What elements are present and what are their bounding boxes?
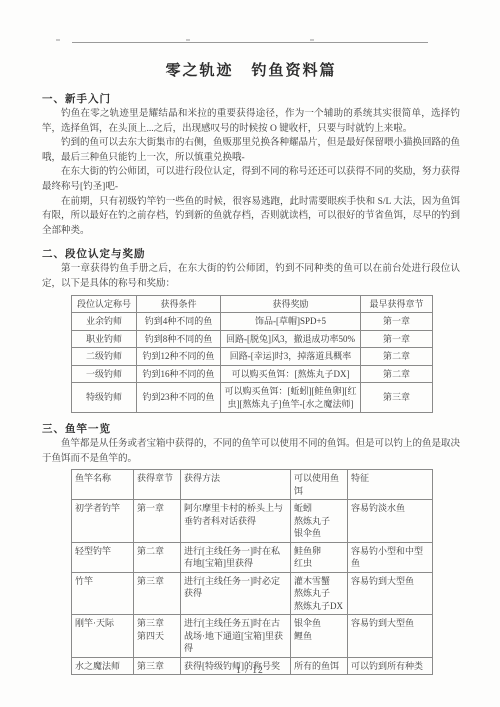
- column-header: 段位认定称号: [72, 295, 137, 313]
- column-header: 特征: [348, 470, 433, 500]
- table-row: 一级钓师钓到16种不同的鱼可以购买鱼饵：[熬炼丸子DX]第二章: [72, 365, 433, 383]
- column-header: 获得条件: [137, 295, 221, 313]
- column-header: 鱼竿名称: [72, 470, 134, 500]
- table-row: 业余钓师钓到4种不同的鱼饰品-[草帽]SPD+5第一章: [72, 313, 433, 331]
- table-cell: 灌木雪蟹 熬炼丸子 熬炼丸子DX: [291, 572, 348, 615]
- doc-title: 零之轨迹 钓鱼资料篇: [42, 59, 460, 80]
- table-cell: 回路-[脱兔]风3，撤退成功率50%: [221, 330, 361, 348]
- column-header: 最早获得章节: [361, 295, 433, 313]
- table-cell: 第二章: [134, 542, 181, 572]
- table-cell: 钓到8种不同的鱼: [137, 330, 221, 348]
- table-cell: 刚竿·天际: [72, 615, 134, 658]
- table-cell: 回路-[幸运]时3，掉落道具概率: [221, 348, 361, 366]
- paragraph: 在前期，只有初级钓竿钓一些鱼的时候，很容易逃跑，此时需要眼疾手快和 S/L 大法…: [42, 195, 460, 239]
- table-cell: 钓到12种不同的鱼: [137, 348, 221, 366]
- section-3-heading: 三、鱼竿一览: [42, 421, 460, 436]
- table-cell: 可以购买鱼饵：[蚯蚓][鲑鱼卵][红虫][熬炼丸子]鱼竿-[水之魔法师]: [221, 383, 361, 413]
- table-cell: 蚯蚓 熬炼丸子 银伞鱼: [291, 500, 348, 543]
- paragraph: 在东大街的钓公师团，可以进行段位认定，得到不同的称号还还可以获得不同的奖励，努力…: [42, 165, 460, 194]
- table-cell: 一级钓师: [72, 365, 137, 383]
- page-number: 1 / 12: [0, 666, 500, 676]
- header-mark: [56, 39, 60, 41]
- table-row: 特级钓师钓到23种不同的鱼可以购买鱼饵：[蚯蚓][鲑鱼卵][红虫][熬炼丸子]鱼…: [72, 383, 433, 413]
- doc-title-game: 零之轨迹: [165, 59, 233, 80]
- table-row: 刚竿·天际第三章 第四天进行[主线任务五]时在古战场·地下通道[宝箱]里获得银伞…: [72, 615, 433, 658]
- table-cell: 可以购买鱼饵：[熬炼丸子DX]: [221, 365, 361, 383]
- header-rule: [72, 42, 428, 43]
- table-header-row: 鱼竿名称获得章节获得方法可以使用鱼饵特征: [72, 470, 433, 500]
- table-cell: 进行[主线任务一]时在私有地[宝箱]里获得: [181, 542, 291, 572]
- column-header: 获得奖励: [221, 295, 361, 313]
- table-cell: 饰品-[草帽]SPD+5: [221, 313, 361, 331]
- table-header-row: 段位认定称号获得条件获得奖励最早获得章节: [72, 295, 433, 313]
- table-cell: 银伞鱼 鲤鱼: [291, 615, 348, 658]
- table-row: 竹竿第三章进行[主线任务一]时必定获得灌木雪蟹 熬炼丸子 熬炼丸子DX容易钓到大…: [72, 572, 433, 615]
- table-cell: 二级钓师: [72, 348, 137, 366]
- table-cell: 容易钓到大型鱼: [348, 572, 433, 615]
- table-row: 初学者钓竿第一章阿尔摩里卡村的桥头上与垂钓者科对话获得蚯蚓 熬炼丸子 银伞鱼容易…: [72, 500, 433, 543]
- table-cell: 第三章 第四天: [134, 615, 181, 658]
- doc-title-subject: 钓鱼资料篇: [252, 59, 337, 80]
- table-cell: 第一章: [361, 330, 433, 348]
- table-row: 轻型钓竿第二章进行[主线任务一]时在私有地[宝箱]里获得鲑鱼卵 红虫容易钓小型和…: [72, 542, 433, 572]
- table-cell: 轻型钓竿: [72, 542, 134, 572]
- table-cell: 第二章: [361, 365, 433, 383]
- table-cell: 进行[主线任务五]时在古战场·地下通道[宝箱]里获得: [181, 615, 291, 658]
- table-cell: 第一章: [361, 313, 433, 331]
- section-2-heading: 二、段位认定与奖励: [42, 246, 460, 261]
- paragraph: 第一章获得钓鱼手册之后，在东大街的钓公师团，钓到不同种类的鱼可以在前台处进行段位…: [42, 262, 460, 291]
- table-cell: 鲑鱼卵 红虫: [291, 542, 348, 572]
- table-cell: 容易钓到大型鱼: [348, 615, 433, 658]
- section-1-heading: 一、新手入门: [42, 91, 460, 106]
- paragraph: 钓鱼在零之轨迹里是耀结晶和米拉的重要获得途径，作为一个辅助的系统其实很简单，选择…: [42, 107, 460, 136]
- table-cell: 业余钓师: [72, 313, 137, 331]
- table-cell: 钓到23种不同的鱼: [137, 383, 221, 413]
- paragraph: 钓到的鱼可以去东大街集市的右侧，鱼贩那里兑换各种耀晶片，但是最好保留喂小猫换回路…: [42, 136, 460, 165]
- table-cell: 第二章: [361, 348, 433, 366]
- table-cell: 竹竿: [72, 572, 134, 615]
- table-cell: 容易钓淡水鱼: [348, 500, 433, 543]
- table-cell: 钓到4种不同的鱼: [137, 313, 221, 331]
- table-row: 职业钓师钓到8种不同的鱼回路-[脱兔]风3，撤退成功率50%第一章: [72, 330, 433, 348]
- table-row: 二级钓师钓到12种不同的鱼回路-[幸运]时3，掉落道具概率第二章: [72, 348, 433, 366]
- column-header: 获得方法: [181, 470, 291, 500]
- document-page: 零之轨迹 钓鱼资料篇 一、新手入门 钓鱼在零之轨迹里是耀结晶和米拉的重要获得途径…: [0, 0, 500, 675]
- column-header: 可以使用鱼饵: [291, 470, 348, 500]
- header-mark: [310, 39, 314, 41]
- table-cell: 进行[主线任务一]时必定获得: [181, 572, 291, 615]
- table-cell: 第三章: [134, 572, 181, 615]
- table-cell: 容易钓小型和中型鱼: [348, 542, 433, 572]
- table-cell: 职业钓师: [72, 330, 137, 348]
- table-cell: 第三章: [361, 383, 433, 413]
- table-cell: 第一章: [134, 500, 181, 543]
- table-cell: 特级钓师: [72, 383, 137, 413]
- rod-list-table: 鱼竿名称获得章节获得方法可以使用鱼饵特征初学者钓竿第一章阿尔摩里卡村的桥头上与垂…: [71, 469, 433, 675]
- table-cell: 钓到16种不同的鱼: [137, 365, 221, 383]
- column-header: 获得章节: [134, 470, 181, 500]
- header-mark: [186, 39, 190, 41]
- paragraph: 鱼竿都是从任务或者宝箱中获得的，不同的鱼竿可以使用不同的鱼饵。但是可以钓上的鱼是…: [42, 437, 460, 466]
- table-cell: 阿尔摩里卡村的桥头上与垂钓者科对话获得: [181, 500, 291, 543]
- table-cell: 初学者钓竿: [72, 500, 134, 543]
- rank-reward-table: 段位认定称号获得条件获得奖励最早获得章节业余钓师钓到4种不同的鱼饰品-[草帽]S…: [71, 295, 433, 414]
